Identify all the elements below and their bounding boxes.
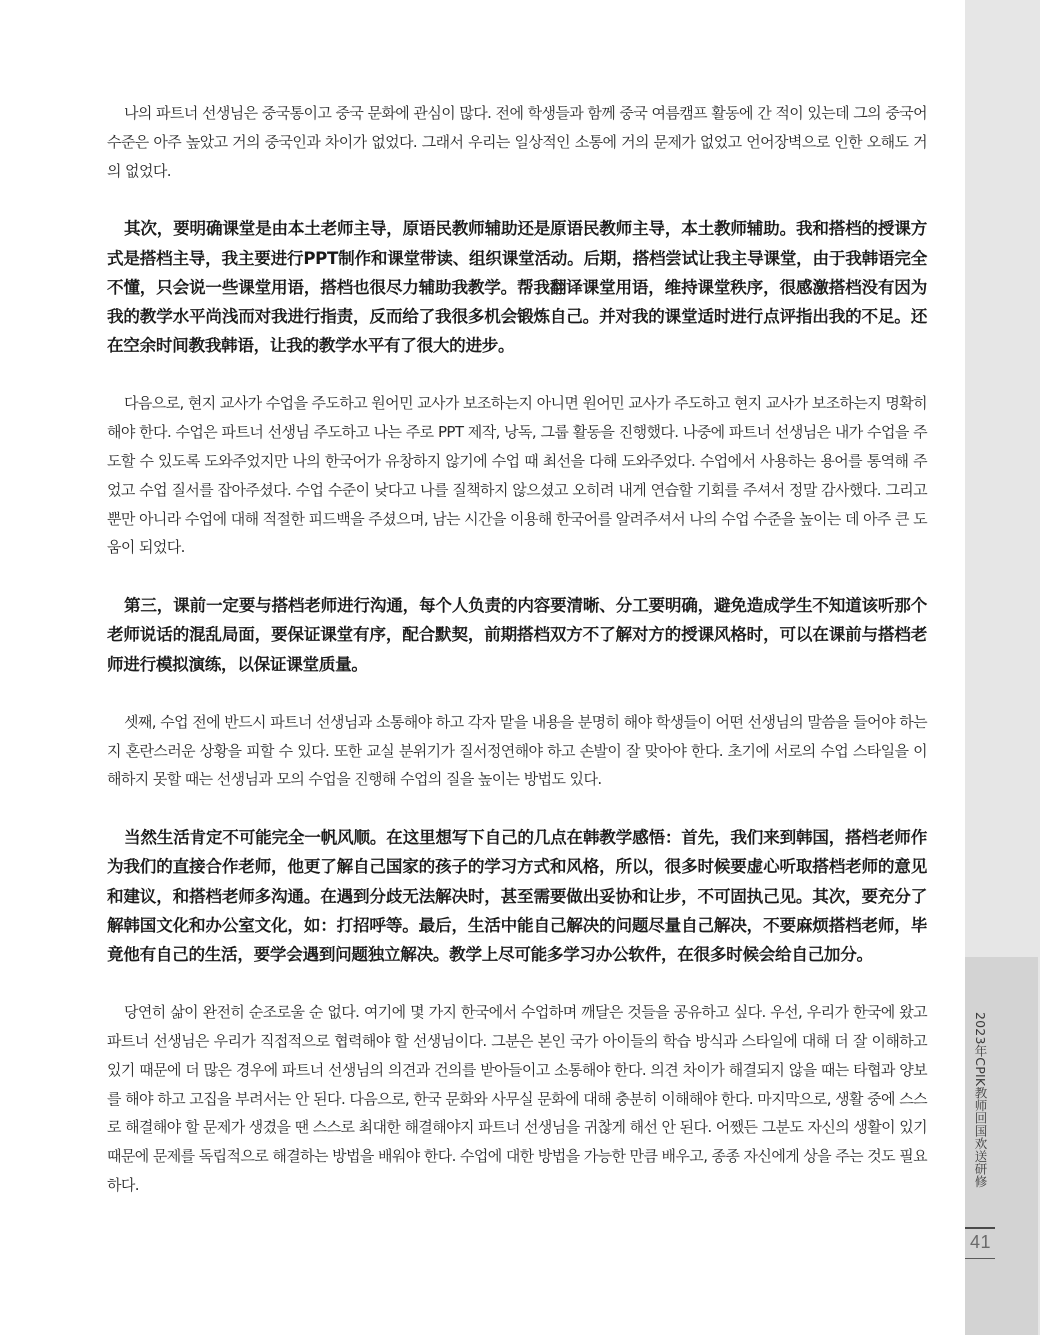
page-number-rule-bottom [965,1258,995,1259]
running-title: 2023年CPIK教师回国欢送研修 [971,1012,989,1192]
paragraph-chinese-classroom-lead: 其次，要明确课堂是由本土老师主导，原语民教师辅助还是原语民教师主导，本土教师辅助… [107,214,927,360]
paragraph-korean-partner-teacher: 나의 파트너 선생님은 중국통이고 중국 문화에 관심이 많다. 전에 학생들과… [107,99,927,185]
document-page: 나의 파트너 선생님은 중국통이고 중국 문화에 관심이 많다. 전에 학생들과… [0,0,965,1335]
paragraph-chinese-communication: 第三，课前一定要与搭档老师进行沟通，每个人负责的内容要清晰、分工要明确，避免造成… [107,591,927,679]
paragraph-korean-classroom-lead: 다음으로, 현지 교사가 수업을 주도하고 원어민 교사가 보조하는지 아니면 … [107,389,927,562]
paragraph-chinese-reflections: 当然生活肯定不可能完全一帆风顺。在这里想写下自己的几点在韩教学感悟：首先，我们来… [107,823,927,969]
page-number: 41 [970,1232,991,1253]
paragraph-korean-communication: 셋째, 수업 전에 반드시 파트너 선생님과 소통해야 하고 각자 맡을 내용을… [107,708,927,794]
page-number-rule-top [965,1227,995,1229]
paragraph-korean-reflections: 당연히 삶이 완전히 순조로울 순 없다. 여기에 몇 가지 한국에서 수업하며… [107,998,927,1200]
body-text: 나의 파트너 선생님은 중국통이고 중국 문화에 관심이 많다. 전에 학생들과… [107,99,927,1229]
